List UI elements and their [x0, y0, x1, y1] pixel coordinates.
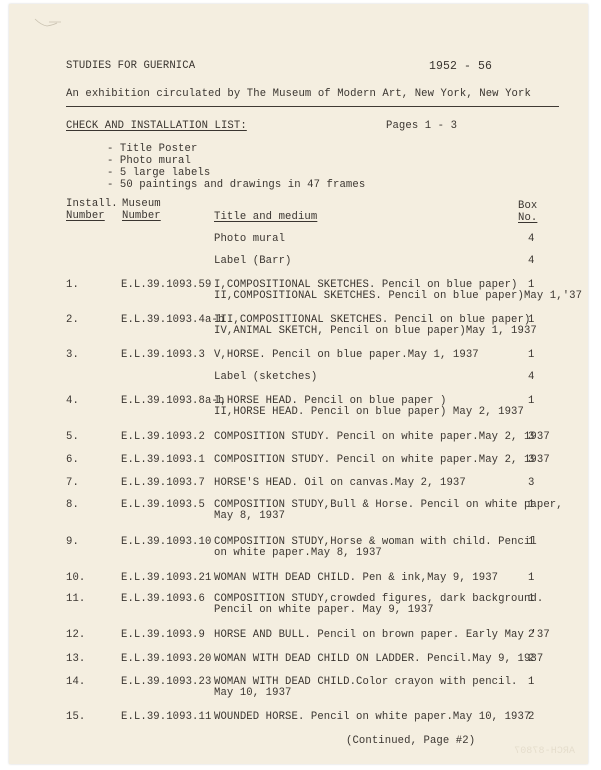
row-museum: E.L.39.1093.6 [121, 594, 205, 605]
contents-item: - Title Poster [107, 143, 197, 155]
row-museum: E.L.39.1093.23 [121, 677, 211, 688]
row-box: 3 [528, 455, 534, 466]
row-box: 4 [528, 372, 534, 383]
col-box-label: Box [518, 200, 537, 212]
row-title: Pencil on white paper. May 9, 1937 [214, 605, 543, 616]
row-box: 1 [528, 537, 534, 548]
row-title: COMPOSITION STUDY. Pencil on white paper… [214, 455, 550, 466]
col-install-label: Number [66, 210, 105, 222]
row-install: 5. [66, 432, 79, 443]
row-title: II,HORSE HEAD. Pencil on blue paper) May… [214, 407, 524, 418]
row-title: Label (Barr) [214, 256, 292, 267]
row-install: 1. [66, 280, 79, 291]
row-install: 7. [66, 478, 79, 489]
row-title: V,HORSE. Pencil on blue paper.May 1, 193… [214, 350, 479, 361]
row-museum: E.L.39.1093.11 [121, 712, 211, 723]
row-museum: E.L.39.1093.10 [121, 537, 211, 548]
page-range: Pages 1 - 3 [386, 120, 457, 132]
exhibition-subtitle: An exhibition circulated by The Museum o… [66, 88, 531, 100]
date-range: 1952 - 56 [429, 61, 492, 73]
row-museum: E.L.39.1093.2 [121, 432, 205, 443]
row-box: 3 [528, 432, 534, 443]
row-install: 14. [66, 677, 85, 688]
row-install: 13. [66, 654, 85, 665]
row-title: WOMAN WITH DEAD CHILD. Pen & ink,May 9, … [214, 573, 498, 584]
col-museum-label: Museum [122, 198, 161, 210]
row-box: 2 [528, 654, 534, 665]
row-box: 1 [528, 280, 534, 291]
row-box: 1 [528, 350, 534, 361]
row-box: 1 [528, 315, 534, 326]
row-install: 15. [66, 712, 85, 723]
row-box: 4 [528, 234, 534, 245]
row-title: Photo mural [214, 234, 285, 245]
row-box: 1 [528, 677, 534, 688]
row-title: WOMAN WITH DEAD CHILD ON LADDER. Pencil.… [214, 654, 543, 665]
row-museum: E.L.39.1093.3 [121, 350, 205, 361]
row-box: 2 [528, 712, 534, 723]
pencil-mark-icon [31, 16, 71, 30]
row-title: COMPOSITION STUDY. Pencil on white paper… [214, 432, 550, 443]
row-box: 1 [528, 396, 534, 407]
col-install-label: Install. [66, 198, 118, 210]
row-box: 1 [528, 594, 534, 605]
row-install: 8. [66, 500, 79, 511]
row-box: 3 [528, 478, 534, 489]
col-museum-label: Number [122, 210, 161, 222]
row-museum: E.L.39.1093.59 [121, 280, 211, 291]
row-install: 4. [66, 396, 79, 407]
continued-note: (Continued, Page #2) [346, 735, 475, 747]
contents-item: - Photo mural [107, 155, 191, 167]
header-divider [66, 106, 559, 107]
bleed-through-stamp: ARCH-87807 [514, 746, 575, 758]
row-museum: E.L.39.1093.5 [121, 500, 205, 511]
row-install: 9. [66, 537, 79, 548]
row-title: IV,ANIMAL SKETCH, Pencil on blue paper)M… [214, 326, 537, 337]
row-title: on white paper.May 8, 1937 [214, 548, 537, 559]
row-museum: E.L.39.1093.21 [121, 573, 211, 584]
document-page: STUDIES FOR GUERNICA 1952 - 56 An exhibi… [9, 4, 588, 764]
row-museum: E.L.39.1093.9 [121, 630, 205, 641]
row-title: May 8, 1937 [214, 511, 563, 522]
document-title: STUDIES FOR GUERNICA [66, 60, 195, 72]
row-box: 1 [528, 573, 534, 584]
row-box: 1 [528, 500, 534, 511]
section-heading: CHECK AND INSTALLATION LIST: [66, 120, 247, 132]
row-museum: E.L.39.1093.4a-b [121, 315, 224, 326]
row-title: HORSE AND BULL. Pencil on brown paper. E… [214, 630, 550, 641]
row-install: 10. [66, 573, 85, 584]
contents-item: - 50 paintings and drawings in 47 frames [107, 179, 365, 191]
row-title: II,COMPOSITIONAL SKETCHES. Pencil on blu… [214, 291, 582, 302]
contents-item: - 5 large labels [107, 167, 210, 179]
col-title-label: Title and medium [214, 211, 317, 223]
row-install: 3. [66, 350, 79, 361]
row-museum: E.L.39.1093.7 [121, 478, 205, 489]
row-install: 12. [66, 630, 85, 641]
row-install: 6. [66, 455, 79, 466]
row-title: HORSE'S HEAD. Oil on canvas.May 2, 1937 [214, 478, 466, 489]
row-museum: E.L.39.1093.20 [121, 654, 211, 665]
row-title: WOUNDED HORSE. Pencil on white paper.May… [214, 712, 530, 723]
col-box-label: No. [518, 212, 537, 224]
row-install: 2. [66, 315, 79, 326]
row-box: 4 [528, 256, 534, 267]
row-museum: E.L.39.1093.8a-b [121, 396, 224, 407]
row-title: Label (sketches) [214, 372, 317, 383]
row-title: May 10, 1937 [214, 688, 518, 699]
row-museum: E.L.39.1093.1 [121, 455, 205, 466]
row-box: 2 [528, 630, 534, 641]
row-install: 11. [66, 594, 85, 605]
